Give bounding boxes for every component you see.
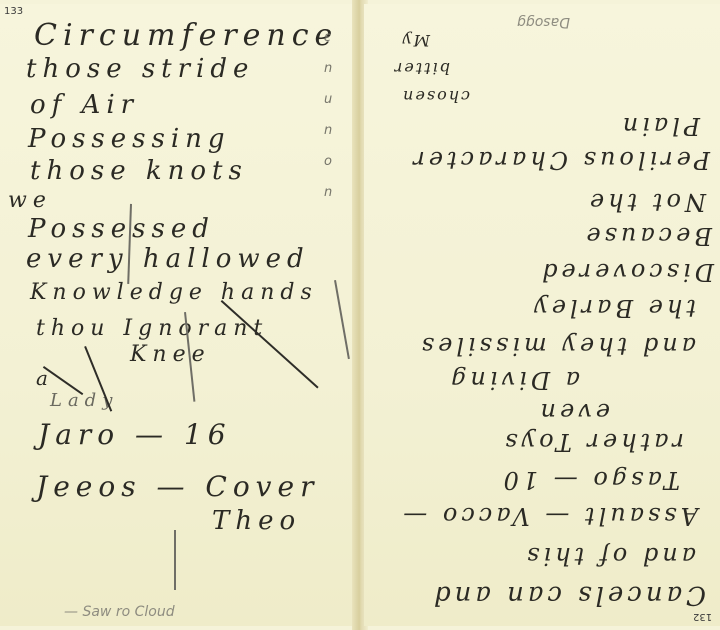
handwritten-line: Knee bbox=[130, 342, 211, 367]
right-page: 132 Cancels can and and of this Assault … bbox=[364, 4, 720, 626]
vertical-corner-text: My bbox=[401, 31, 430, 50]
crossout-stroke bbox=[221, 300, 319, 388]
handwritten-line: Assault — Vacco — bbox=[399, 502, 698, 530]
handwritten-line: Circumference bbox=[34, 18, 338, 53]
handwritten-line: Possessed bbox=[28, 214, 215, 244]
handwritten-line: thou Ignorant bbox=[36, 316, 268, 341]
handwritten-line: rather Toys bbox=[501, 428, 684, 456]
handwritten-line: Because bbox=[582, 222, 712, 250]
upside-down-content: Cancels can and and of this Assault — Va… bbox=[364, 4, 720, 626]
handwritten-line: Knowledge hands bbox=[30, 280, 318, 305]
handwritten-line: Jeeos — Cover bbox=[36, 470, 319, 503]
margin-marks: ε n u n o n bbox=[324, 22, 332, 208]
pencil-stamp: Dasogg bbox=[517, 14, 570, 30]
vertical-corner-text: bitter bbox=[393, 59, 450, 78]
handwritten-line: we bbox=[8, 188, 52, 213]
pencil-stroke bbox=[335, 280, 350, 359]
manuscript-scan: 133 Circumference those stride of Air Po… bbox=[0, 0, 720, 630]
handwritten-line: those stride bbox=[26, 54, 254, 84]
handwritten-line: Not the bbox=[586, 188, 706, 216]
handwritten-line: those knots bbox=[30, 156, 248, 186]
handwritten-line: Discovered bbox=[538, 258, 714, 286]
handwritten-line: of Air bbox=[30, 90, 139, 120]
vertical-corner-text: chosen bbox=[401, 87, 470, 106]
left-page: 133 Circumference those stride of Air Po… bbox=[0, 4, 356, 626]
pencil-footer-note: — Saw ro Cloud bbox=[64, 604, 175, 620]
handwritten-line: Cancels can and bbox=[430, 580, 706, 610]
handwritten-line: and of this bbox=[523, 542, 696, 570]
handwritten-line: the Barley bbox=[530, 294, 696, 322]
handwritten-line: Perilous Character bbox=[409, 146, 710, 174]
handwritten-line: and they missiles bbox=[418, 332, 696, 360]
handwritten-line: Jaro — 16 bbox=[38, 418, 232, 451]
handwritten-line: Theo bbox=[212, 506, 301, 536]
handwritten-line: a Diving bbox=[447, 366, 580, 394]
handwritten-line: Plain bbox=[619, 112, 700, 140]
handwritten-line: even bbox=[537, 398, 610, 426]
pencil-stroke bbox=[175, 530, 177, 590]
page-number-left: 133 bbox=[4, 6, 23, 17]
handwritten-line: every hallowed bbox=[26, 244, 310, 274]
handwritten-line: Tasgo — 10 bbox=[500, 466, 680, 494]
handwritten-line: Possessing bbox=[28, 124, 231, 154]
